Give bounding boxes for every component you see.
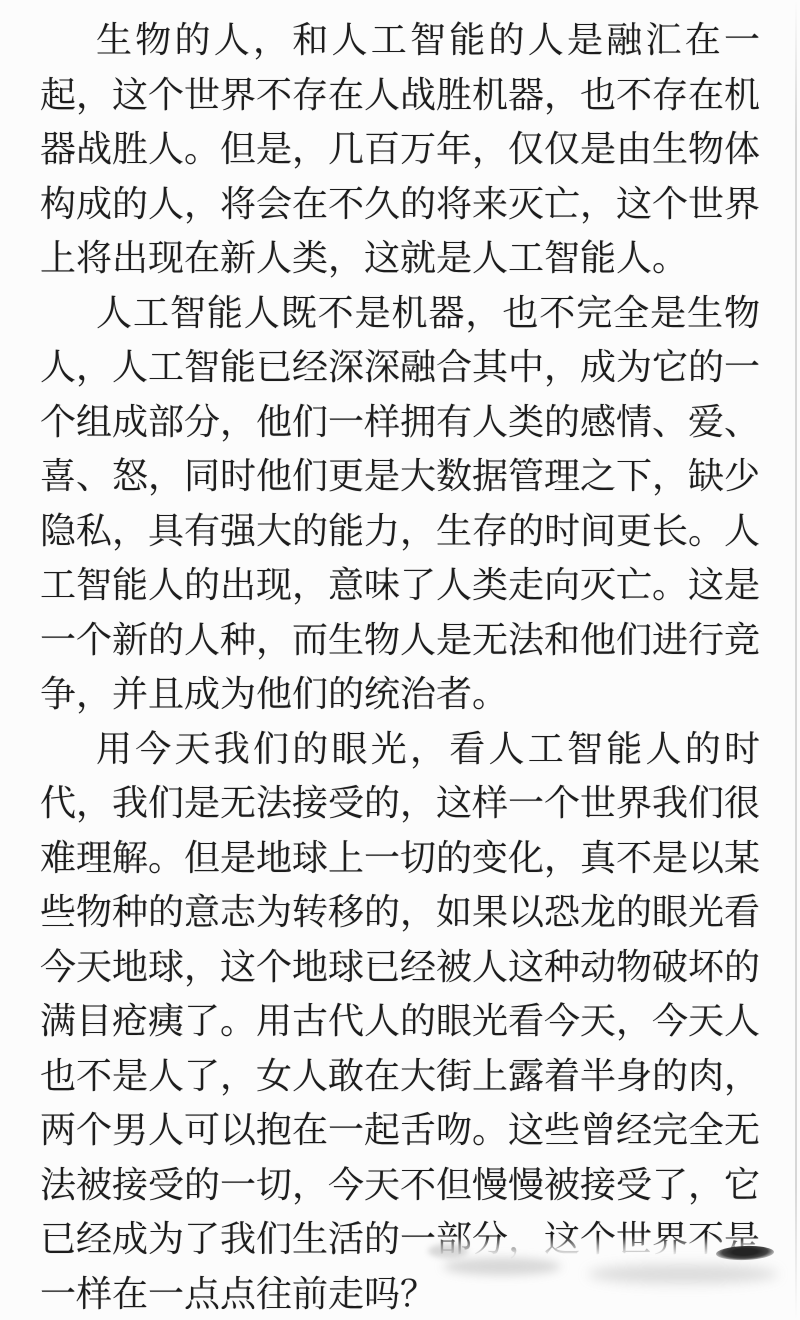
paragraph-3: 用今天我们的眼光，看人工智能人的时代，我们是无法接受的，这样一个世界我们很难理解… bbox=[40, 722, 760, 1320]
text-column: 生物的人，和人工智能的人是融汇在一起，这个世界不存在人战胜机器，也不存在机器战胜… bbox=[40, 13, 760, 1320]
ghost-smear-artifact-3 bbox=[428, 1244, 468, 1258]
paragraph-1: 生物的人，和人工智能的人是融汇在一起，这个世界不存在人战胜机器，也不存在机器战胜… bbox=[40, 13, 760, 286]
ghost-smear-artifact-2 bbox=[588, 1264, 778, 1284]
document-page: 生物的人，和人工智能的人是融汇在一起，这个世界不存在人战胜机器，也不存在机器战胜… bbox=[0, 0, 800, 1320]
page-edge-line bbox=[795, 0, 797, 1320]
ghost-smear-artifact-1 bbox=[443, 1258, 561, 1275]
paragraph-2: 人工智能人既不是机器，也不完全是生物人，人工智能已经深深融合其中，成为它的一个组… bbox=[40, 286, 760, 722]
